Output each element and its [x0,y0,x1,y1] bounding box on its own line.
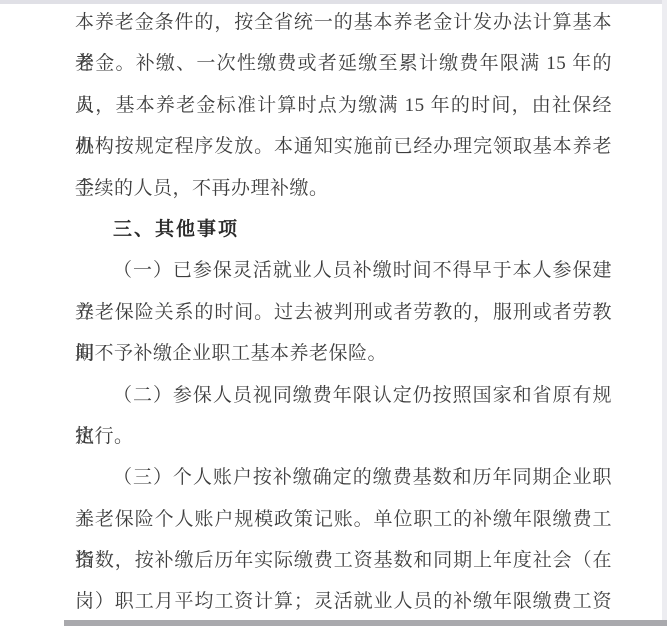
text-line: 岗）职工月平均工资计算；灵活就业人员的补缴年限缴费工资指 [75,581,612,622]
text-line: （三）个人账户按补缴确定的缴费基数和历年同期企业职工 [75,457,612,498]
text-line: （二）参保人员视同缴费年限认定仍按照国家和省原有规定 [75,375,612,416]
text-line: 手续的人员，不再办理补缴。 [75,168,612,209]
document-text-block: 本养老金条件的，按全省统一的基本养老金计发办法计算基本养老金。补缴、一次性缴费或… [75,2,612,623]
text-line: 养老保险关系的时间。过去被判刑或者劳教的，服刑或者劳教期 [75,292,612,333]
text-line: 机构按规定程序发放。本通知实施前已经办理完领取基本养老金 [75,126,612,167]
text-line: 老金。补缴、一次性缴费或者延缴至累计缴费年限满 15 年的人 [75,43,612,84]
document-page: 本养老金条件的，按全省统一的基本养老金计发办法计算基本养老金。补缴、一次性缴费或… [0,0,667,626]
text-line: 本养老金条件的，按全省统一的基本养老金计发办法计算基本养 [75,2,612,43]
text-line: 指数，按补缴后历年实际缴费工资基数和同期上年度社会（在 [75,540,612,581]
page-right-edge [662,0,667,626]
text-line: 员，基本养老金标准计算时点为缴满 15 年的时间，由社保经办 [75,85,612,126]
text-line: （一）已参保灵活就业人员补缴时间不得早于本人参保建立 [75,250,612,291]
text-line: 养老保险个人账户规模政策记账。单位职工的补缴年限缴费工资 [75,499,612,540]
section-heading: 三、其他事项 [75,209,612,250]
text-line: 执行。 [75,416,612,457]
text-line: 间不予补缴企业职工基本养老保险。 [75,333,612,374]
